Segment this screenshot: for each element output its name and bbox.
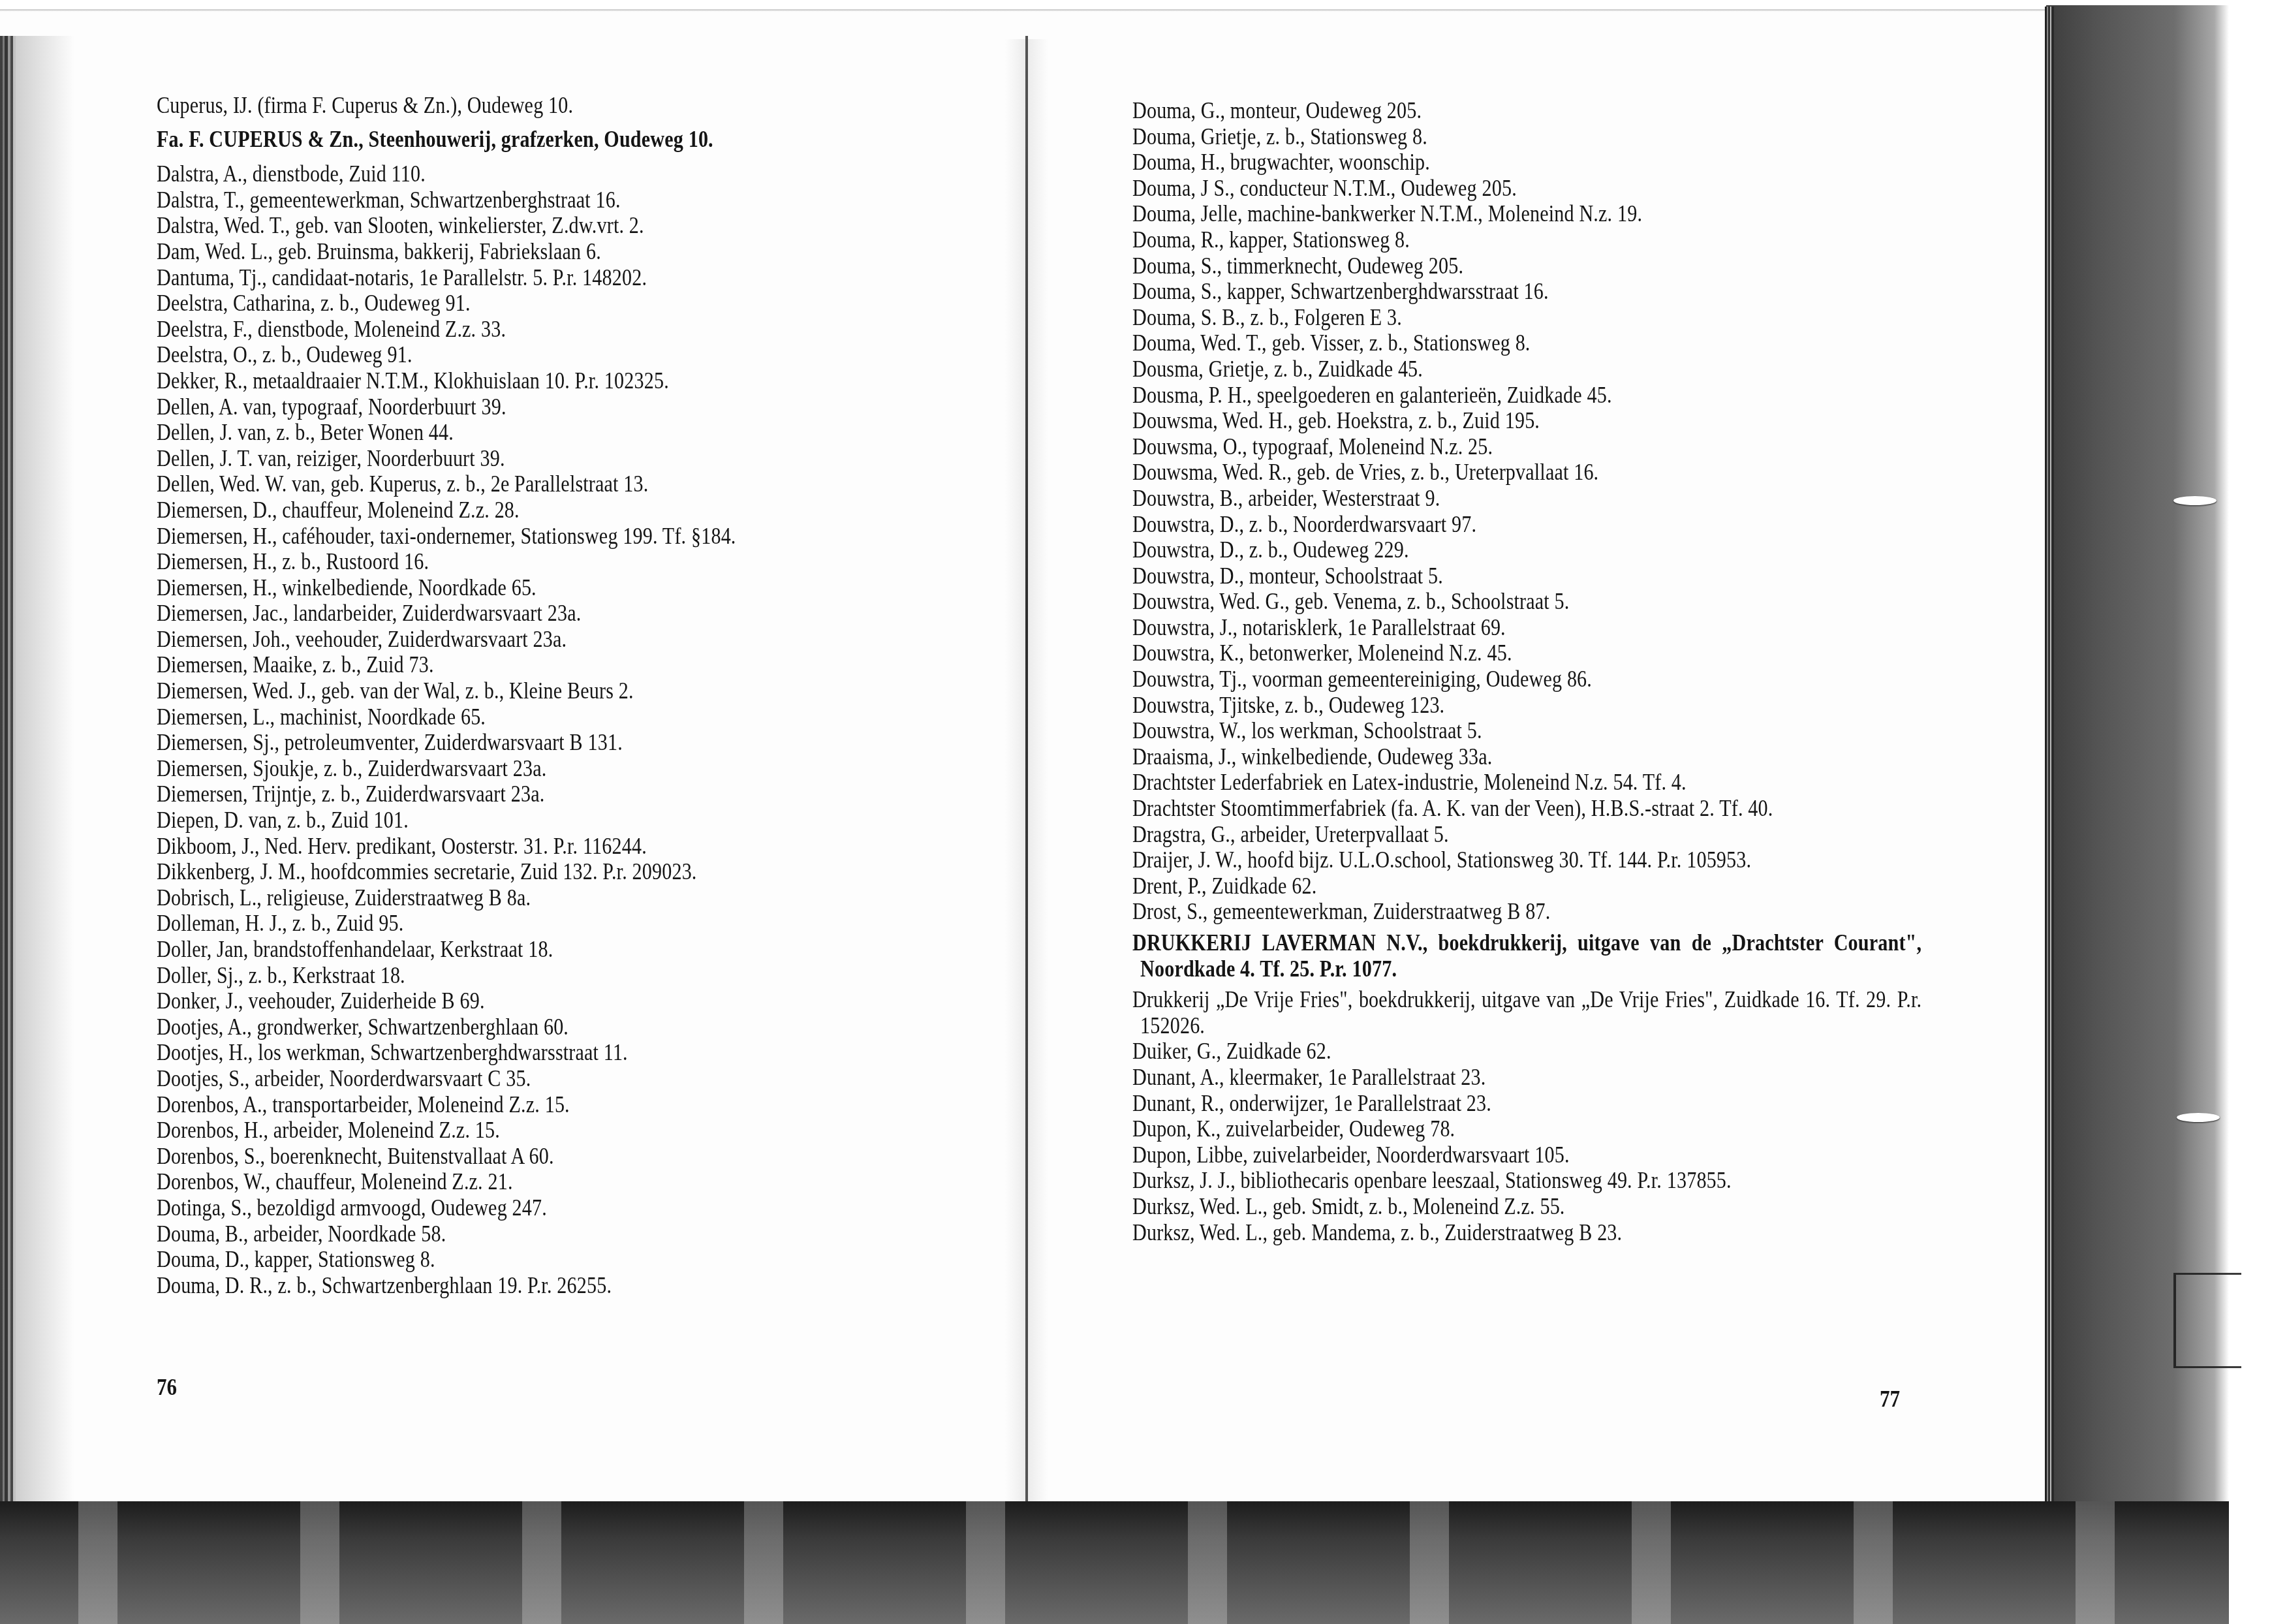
directory-entry: Dellen, A. van, typograaf, Noorderbuurt …	[157, 394, 946, 420]
directory-entry: Douma, S. B., z. b., Folgeren E 3.	[1132, 305, 1921, 331]
directory-entry: Douma, D. R., z. b., Schwartzenberghlaan…	[157, 1273, 946, 1299]
directory-entry: Dalstra, Wed. T., geb. van Slooten, wink…	[157, 213, 946, 239]
directory-entry: Drukkerij „De Vrije Fries", boekdrukkeri…	[1132, 987, 1921, 1038]
directory-entry: Diemersen, Sjoukje, z. b., Zuiderdwarsva…	[157, 756, 946, 782]
directory-entry: Dalstra, T., gemeentewerkman, Schwartzen…	[157, 187, 946, 213]
directory-entry: Dalstra, A., dienstbode, Zuid 110.	[157, 161, 946, 187]
directory-entry: Douwsma, O., typograaf, Moleneind N.z. 2…	[1132, 434, 1921, 460]
directory-entry: Douwstra, Tj., voorman gemeentereiniging…	[1132, 666, 1921, 693]
directory-entry: Dekker, R., metaaldraaier N.T.M., Klokhu…	[157, 368, 946, 394]
directory-entry: Dorenbos, H., arbeider, Moleneind Z.z. 1…	[157, 1117, 946, 1144]
directory-entry: Diemersen, H., winkelbediende, Noordkade…	[157, 575, 946, 601]
directory-entry: Douma, D., kapper, Stationsweg 8.	[157, 1247, 946, 1273]
directory-entry: Douma, Jelle, machine-bankwerker N.T.M.,…	[1132, 201, 1921, 227]
directory-entry: Douwstra, D., z. b., Oudeweg 229.	[1132, 537, 1921, 563]
directory-entry: Douwsma, Wed. H., geb. Hoekstra, z. b., …	[1132, 408, 1921, 434]
directory-entry: Draaisma, J., winkelbediende, Oudeweg 33…	[1132, 744, 1921, 770]
directory-entry: Douma, Grietje, z. b., Stationsweg 8.	[1132, 124, 1921, 150]
gutter-fold	[1025, 36, 1028, 1511]
directory-entry: Drost, S., gemeentewerkman, Zuiderstraat…	[1132, 899, 1921, 925]
directory-entry: Dorenbos, S., boerenknecht, Buitenstvall…	[157, 1144, 946, 1170]
left-edge-shadow	[16, 36, 74, 1511]
directory-entry: Douwstra, D., monteur, Schoolstraat 5.	[1132, 563, 1921, 589]
directory-entry: Drent, P., Zuidkade 62.	[1132, 873, 1921, 899]
directory-entry: Durksz, Wed. L., geb. Mandema, z. b., Zu…	[1132, 1220, 1921, 1246]
directory-entry: Diepen, D. van, z. b., Zuid 101.	[157, 807, 946, 834]
left-book-edge	[0, 36, 16, 1511]
directory-entry: Douma, R., kapper, Stationsweg 8.	[1132, 227, 1921, 253]
directory-entry: Diemersen, D., chauffeur, Moleneind Z.z.…	[157, 497, 946, 523]
directory-entry: Dupon, K., zuivelarbeider, Oudeweg 78.	[1132, 1116, 1921, 1142]
directory-entry: Diemersen, L., machinist, Noordkade 65.	[157, 704, 946, 730]
directory-entry: Dragstra, G., arbeider, Ureterpvallaat 5…	[1132, 822, 1921, 848]
directory-entry: Durksz, Wed. L., geb. Smidt, z. b., Mole…	[1132, 1194, 1921, 1220]
directory-entry: Dunant, A., kleermaker, 1e Parallelstraa…	[1132, 1065, 1921, 1091]
directory-entry: Deelstra, O., z. b., Oudeweg 91.	[157, 342, 946, 368]
directory-entry: Diemersen, Jac., landarbeider, Zuiderdwa…	[157, 601, 946, 627]
directory-entry: Dolleman, H. J., z. b., Zuid 95.	[157, 911, 946, 937]
directory-entry: Drachtster Lederfabriek en Latex-industr…	[1132, 770, 1921, 796]
directory-entry: Dousma, P. H., speelgoederen en galanter…	[1132, 383, 1921, 409]
directory-entry: Dobrisch, L., religieuse, Zuiderstraatwe…	[157, 885, 946, 911]
tab-mark	[2173, 1273, 2241, 1368]
directory-entry: Dantuma, Tj., candidaat-notaris, 1e Para…	[157, 265, 946, 291]
directory-entry: Diemersen, H., z. b., Rustoord 16.	[157, 549, 946, 575]
directory-entry: Draijer, J. W., hoofd bijz. U.L.O.school…	[1132, 847, 1921, 873]
directory-entry: Diemersen, Maaike, z. b., Zuid 73.	[157, 652, 946, 678]
directory-entry: Doller, Jan, brandstoffenhandelaar, Kerk…	[157, 937, 946, 963]
directory-entry: Diemersen, Trijntje, z. b., Zuiderdwarsv…	[157, 781, 946, 807]
directory-entry: Douma, S., kapper, Schwartzenberghdwarss…	[1132, 279, 1921, 305]
directory-entry: Doller, Sj., z. b., Kerkstraat 18.	[157, 963, 946, 989]
directory-entry: Diemersen, Sj., petroleumventer, Zuiderd…	[157, 730, 946, 756]
directory-entry: Duiker, G., Zuidkade 62.	[1132, 1038, 1921, 1065]
directory-entry: Douwstra, B., arbeider, Westerstraat 9.	[1132, 486, 1921, 512]
binder-hole-lower	[2177, 1113, 2220, 1122]
directory-entry: Dikboom, J., Ned. Herv. predikant, Ooste…	[157, 834, 946, 860]
directory-entry: Douwstra, J., notarisklerk, 1e Parallels…	[1132, 615, 1921, 641]
right-page-edge	[2045, 7, 2054, 1508]
directory-entry: Douma, Wed. T., geb. Visser, z. b., Stat…	[1132, 330, 1921, 356]
directory-entry: Deelstra, F., dienstbode, Moleneind Z.z.…	[157, 317, 946, 343]
directory-entry: Diemersen, Wed. J., geb. van der Wal, z.…	[157, 678, 946, 704]
directory-entry: Dootjes, H., los werkman, Schwartzenberg…	[157, 1040, 946, 1066]
directory-entry: Douwstra, D., z. b., Noorderdwarsvaart 9…	[1132, 512, 1921, 538]
directory-entry: Dorenbos, A., transportarbeider, Molenei…	[157, 1092, 946, 1118]
directory-entry: Dupon, Libbe, zuivelarbeider, Noorderdwa…	[1132, 1142, 1921, 1168]
left-page-entries: Cuperus, IJ. (firma F. Cuperus & Zn.), O…	[157, 93, 940, 1298]
directory-entry: Dam, Wed. L., geb. Bruinsma, bakkerij, F…	[157, 239, 946, 265]
page-number-left: 76	[157, 1373, 177, 1401]
directory-entry: Cuperus, IJ. (firma F. Cuperus & Zn.), O…	[157, 93, 946, 119]
directory-entry: Dotinga, S., bezoldigd armvoogd, Oudeweg…	[157, 1195, 946, 1221]
directory-entry: Dellen, Wed. W. van, geb. Kuperus, z. b.…	[157, 471, 946, 497]
directory-entry: Douwsma, Wed. R., geb. de Vries, z. b., …	[1132, 460, 1921, 486]
directory-entry: Douma, G., monteur, Oudeweg 205.	[1132, 98, 1921, 124]
directory-entry: Dootjes, A., grondwerker, Schwartzenberg…	[157, 1014, 946, 1040]
right-page-entries: Douma, G., monteur, Oudeweg 205.Douma, G…	[1132, 98, 1916, 1245]
directory-entry: Durksz, J. J., bibliothecaris openbare l…	[1132, 1168, 1921, 1194]
directory-entry: Dorenbos, W., chauffeur, Moleneind Z.z. …	[157, 1169, 946, 1195]
directory-entry-firm: DRUKKERIJ LAVERMAN N.V., boekdrukkerij, …	[1132, 930, 1921, 982]
directory-entry: Deelstra, Catharina, z. b., Oudeweg 91.	[157, 290, 946, 317]
directory-entry: Douma, S., timmerknecht, Oudeweg 205.	[1132, 253, 1921, 279]
directory-entry: Drachtster Stoomtimmerfabriek (fa. A. K.…	[1132, 796, 1921, 822]
directory-entry: Dunant, R., onderwijzer, 1e Parallelstra…	[1132, 1091, 1921, 1117]
directory-entry: Douma, H., brugwachter, woonschip.	[1132, 149, 1921, 176]
directory-entry: Douma, J S., conducteur N.T.M., Oudeweg …	[1132, 176, 1921, 202]
directory-entry: Douwstra, Tjitske, z. b., Oudeweg 123.	[1132, 693, 1921, 719]
directory-entry: Diemersen, H., caféhouder, taxi-ondernem…	[157, 523, 946, 550]
directory-entry: Dikkenberg, J. M., hoofdcommies secretar…	[157, 859, 946, 885]
directory-entry: Dousma, Grietje, z. b., Zuidkade 45.	[1132, 356, 1921, 383]
binder-hole-upper	[2173, 496, 2217, 505]
directory-entry: Douwstra, Wed. G., geb. Venema, z. b., S…	[1132, 589, 1921, 615]
right-cover-band	[2046, 5, 2229, 1624]
page-number-right: 77	[1880, 1385, 1900, 1413]
bottom-scan-shadow	[0, 1501, 2229, 1624]
directory-entry-firm: Fa. F. CUPERUS & Zn., Steenhouwerij, gra…	[157, 127, 946, 153]
directory-entry: Douwstra, K., betonwerker, Moleneind N.z…	[1132, 640, 1921, 666]
directory-entry: Donker, J., veehouder, Zuiderheide B 69.	[157, 988, 946, 1014]
directory-entry: Douma, B., arbeider, Noordkade 58.	[157, 1221, 946, 1247]
directory-entry: Dellen, J. T. van, reiziger, Noorderbuur…	[157, 446, 946, 472]
directory-entry: Dellen, J. van, z. b., Beter Wonen 44.	[157, 420, 946, 446]
directory-entry: Dootjes, S., arbeider, Noorderdwarsvaart…	[157, 1066, 946, 1092]
directory-entry: Diemersen, Joh., veehouder, Zuiderdwarsv…	[157, 627, 946, 653]
directory-entry: Douwstra, W., los werkman, Schoolstraat …	[1132, 718, 1921, 744]
